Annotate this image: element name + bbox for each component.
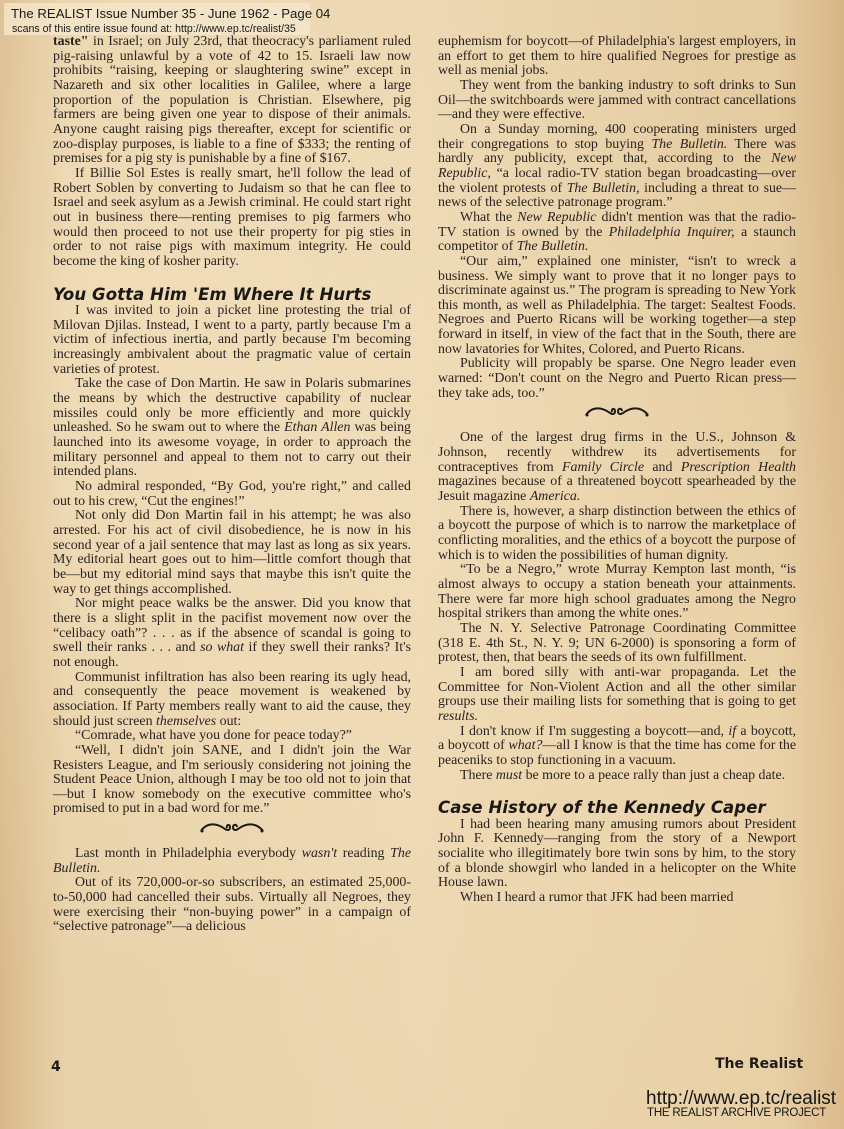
ornament-divider-icon — [53, 820, 411, 844]
italic-emphasis: wasn't — [302, 846, 337, 861]
scan-header: The REALIST Issue Number 35 - June 1962 … — [4, 3, 310, 35]
text: magazines because of a threatened boycot… — [438, 474, 796, 504]
italic-title: America. — [530, 489, 581, 504]
paragraph: Take the case of Don Martin. He saw in P… — [53, 377, 411, 480]
paragraph: “Comrade, what have you done for peace t… — [53, 729, 411, 744]
page-number: 4 — [51, 1059, 61, 1075]
paragraph: I am bored silly with anti-war propagand… — [438, 666, 796, 725]
left-column: taste" in Israel; on July 23rd, that the… — [53, 35, 411, 935]
paragraph: I had been hearing many amusing rumors a… — [438, 818, 796, 891]
paragraph: I was invited to join a picket line prot… — [53, 304, 411, 377]
paragraph: There is, however, a sharp distinction b… — [438, 505, 796, 564]
paragraph: No admiral responded, “By God, you're ri… — [53, 480, 411, 509]
right-column: euphemism for boycott—of Philadelphia's … — [438, 35, 796, 906]
italic-title: Prescription Health — [681, 460, 796, 475]
italic-title: The Bulletin. — [651, 137, 727, 152]
archive-project-name: THE REALIST ARCHIVE PROJECT — [647, 1107, 826, 1119]
paragraph: Last month in Philadelphia everybody was… — [53, 847, 411, 876]
paragraph: “Well, I didn't join SANE, and I didn't … — [53, 744, 411, 817]
paragraph: Not only did Don Martin fail in his atte… — [53, 509, 411, 597]
paragraph: Publicity will propably be sparse. One N… — [438, 357, 796, 401]
paragraph: Nor might peace walks be the answer. Did… — [53, 597, 411, 670]
bold-fragment: taste" — [53, 34, 88, 49]
italic-title: New Republic — [517, 210, 596, 225]
ornament-divider-icon — [438, 404, 796, 428]
italic-emphasis: themselves — [156, 714, 216, 729]
italic-title: Philadelphia Inquirer, — [609, 225, 735, 240]
italic-emphasis: must — [496, 768, 522, 783]
paragraph: On a Sunday morning, 400 cooperating min… — [438, 123, 796, 211]
paragraph: When I heard a rumor that JFK had been m… — [438, 891, 796, 906]
italic-title: Family Circle — [562, 460, 644, 475]
paragraph: “To be a Negro,” wrote Murray Kempton la… — [438, 563, 796, 622]
text: There — [460, 768, 496, 783]
text: I don't know if I'm suggesting a boycott… — [460, 724, 728, 739]
paragraph: There must be more to a peace rally than… — [438, 769, 796, 784]
issue-title: The REALIST Issue Number 35 - June 1962 … — [11, 6, 330, 21]
text: and — [644, 460, 681, 475]
magazine-name: The Realist — [715, 1056, 803, 1072]
paragraph: Communist infiltration has also been rea… — [53, 671, 411, 730]
section-heading: You Gotta Him 'Em Where It Hurts — [53, 288, 411, 303]
paragraph: The N. Y. Selective Patronage Coordinati… — [438, 622, 796, 666]
italic-title: The Bulletin, — [567, 181, 640, 196]
text: in Israel; on July 23rd, that theocracy'… — [53, 34, 411, 166]
italic-title: Ethan Allen — [284, 420, 350, 435]
text: out: — [216, 714, 241, 729]
italic-title: The Bulletin. — [517, 239, 589, 254]
italic-emphasis: if — [728, 724, 736, 739]
italic-emphasis: so what — [200, 640, 244, 655]
section-heading: Case History of the Kennedy Caper — [438, 801, 796, 816]
paragraph: What the New Republic didn't mention was… — [438, 211, 796, 255]
paragraph: taste" in Israel; on July 23rd, that the… — [53, 35, 411, 167]
text: reading — [337, 846, 390, 861]
text: What the — [460, 210, 517, 225]
paragraph: One of the largest drug firms in the U.S… — [438, 431, 796, 504]
paragraph: If Billie Sol Estes is really smart, he'… — [53, 167, 411, 270]
text: be more to a peace rally than just a che… — [522, 768, 785, 783]
paragraph: I don't know if I'm suggesting a boycott… — [438, 725, 796, 769]
paragraph: They went from the banking industry to s… — [438, 79, 796, 123]
text: I am bored silly with anti-war propagand… — [438, 665, 796, 709]
paragraph: “Our aim,” explained one minister, “isn'… — [438, 255, 796, 358]
italic-emphasis: results. — [438, 709, 478, 724]
paragraph: euphemism for boycott—of Philadelphia's … — [438, 35, 796, 79]
text: Last month in Philadelphia everybody — [75, 846, 302, 861]
paragraph: Out of its 720,000-or-so subscribers, an… — [53, 876, 411, 935]
italic-emphasis: what? — [508, 738, 542, 753]
